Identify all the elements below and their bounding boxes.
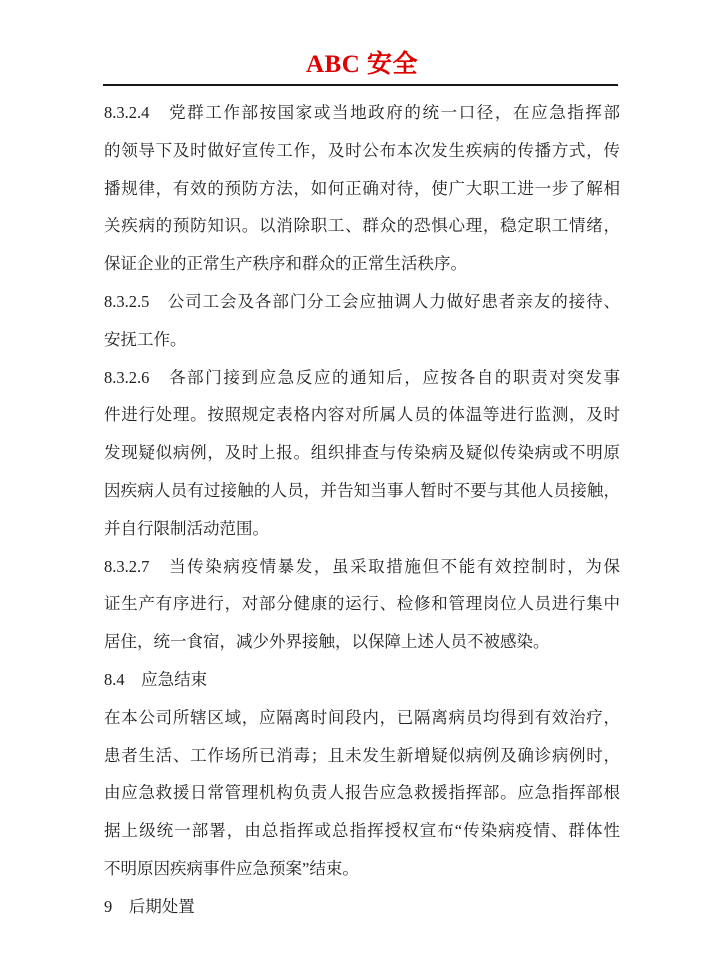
text-line: 由应急救援日常管理机构负责人报告应急救援指挥部。应急指挥部根 xyxy=(104,774,620,812)
paragraph: 在本公司所辖区域，应隔离时间段内，已隔离病员均得到有效治疗，患者生活、工作场所已… xyxy=(104,699,620,888)
text-line: 并自行限制活动范围。 xyxy=(104,510,620,548)
text-line: 8.3.2.6 各部门接到应急反应的通知后，应按各自的职责对突发事 xyxy=(104,359,620,397)
document-title: ABC 安全 xyxy=(104,44,620,80)
text-line: 在本公司所辖区域，应隔离时间段内，已隔离病员均得到有效治疗， xyxy=(104,699,620,737)
text-line: 不明原因疾病事件应急预案”结束。 xyxy=(104,850,620,888)
paragraph: 8.3.2.6 各部门接到应急反应的通知后，应按各自的职责对突发事件进行处理。按… xyxy=(104,359,620,548)
paragraph: 8.4 应急结束 xyxy=(104,661,620,699)
text-line: 居住，统一食宿，减少外界接触，以保障上述人员不被感染。 xyxy=(104,623,620,661)
text-line: 8.3.2.5 公司工会及各部门分工会应抽调人力做好患者亲友的接待、 xyxy=(104,283,620,321)
text-line: 9 后期处置 xyxy=(104,888,620,926)
document-page: ABC 安全 8.3.2.4 党群工作部按国家或当地政府的统一口径，在应急指挥部… xyxy=(0,0,725,966)
text-line: 据上级统一部署，由总指挥或总指挥授权宣布“传染病疫情、群体性 xyxy=(104,812,620,850)
text-line: 8.3.2.7 当传染病疫情暴发，虽采取措施但不能有效控制时，为保 xyxy=(104,548,620,586)
text-line: 安抚工作。 xyxy=(104,321,620,359)
text-line: 关疾病的预防知识。以消除职工、群众的恐惧心理，稳定职工情绪， xyxy=(104,207,620,245)
paragraph: 8.3.2.5 公司工会及各部门分工会应抽调人力做好患者亲友的接待、安抚工作。 xyxy=(104,283,620,359)
text-line: 8.4 应急结束 xyxy=(104,661,620,699)
document-body: 8.3.2.4 党群工作部按国家或当地政府的统一口径，在应急指挥部的领导下及时做… xyxy=(104,94,620,926)
text-line: 8.3.2.4 党群工作部按国家或当地政府的统一口径，在应急指挥部 xyxy=(104,94,620,132)
header-rule xyxy=(103,84,618,86)
text-line: 的领导下及时做好宣传工作，及时公布本次发生疾病的传播方式，传 xyxy=(104,132,620,170)
text-line: 发现疑似病例，及时上报。组织排查与传染病及疑似传染病或不明原 xyxy=(104,434,620,472)
paragraph: 8.3.2.4 党群工作部按国家或当地政府的统一口径，在应急指挥部的领导下及时做… xyxy=(104,94,620,283)
text-line: 件进行处理。按照规定表格内容对所属人员的体温等进行监测，及时 xyxy=(104,396,620,434)
text-line: 因疾病人员有过接触的人员，并告知当事人暂时不要与其他人员接触， xyxy=(104,472,620,510)
paragraph: 8.3.2.7 当传染病疫情暴发，虽采取措施但不能有效控制时，为保证生产有序进行… xyxy=(104,548,620,661)
text-line: 患者生活、工作场所已消毒；且未发生新增疑似病例及确诊病例时， xyxy=(104,737,620,775)
text-line: 保证企业的正常生产秩序和群众的正常生活秩序。 xyxy=(104,245,620,283)
text-line: 证生产有序进行，对部分健康的运行、检修和管理岗位人员进行集中 xyxy=(104,585,620,623)
text-line: 播规律，有效的预防方法，如何正确对待，使广大职工进一步了解相 xyxy=(104,170,620,208)
paragraph: 9 后期处置 xyxy=(104,888,620,926)
